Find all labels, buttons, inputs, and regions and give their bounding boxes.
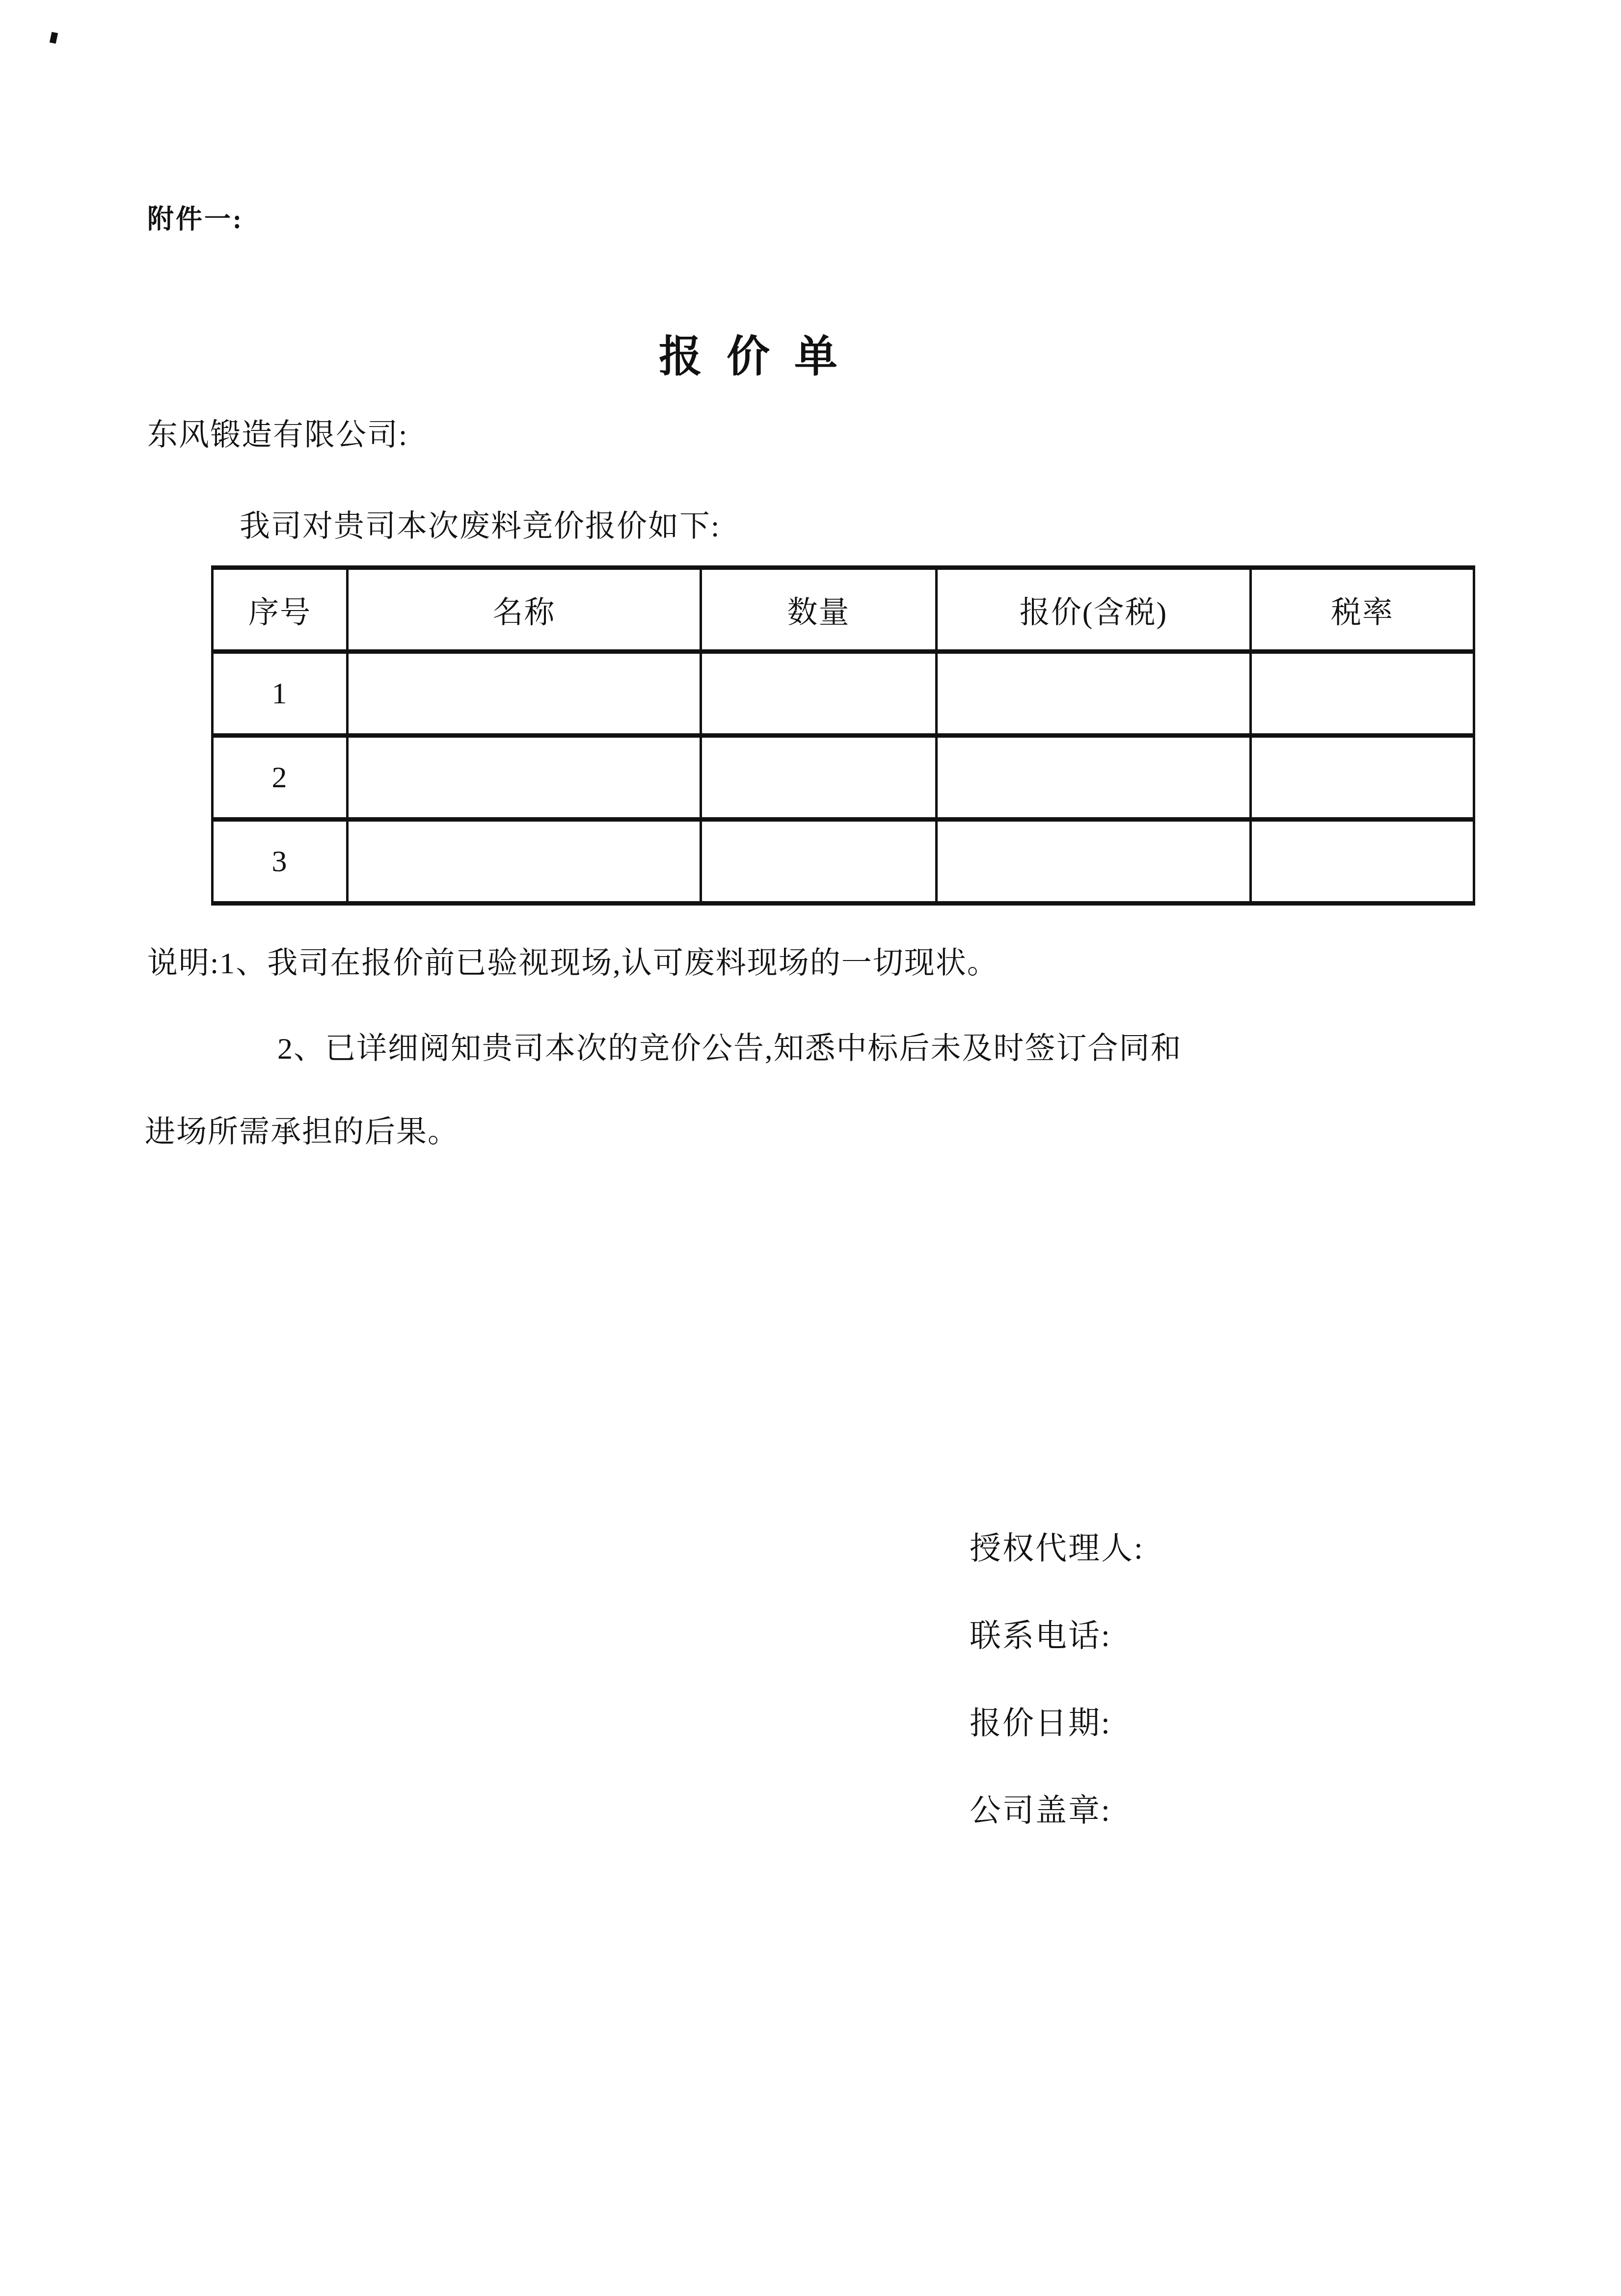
- header-cell-no: 序号: [213, 568, 348, 652]
- document-title: 报 价 单: [0, 322, 1503, 384]
- scan-artifact-speck: [50, 32, 58, 44]
- contact-phone-label: 联系电话:: [970, 1619, 1144, 1653]
- row-name-cell: [348, 652, 701, 736]
- table-header-row: 序号 名称 数量 报价(含税) 税率: [213, 568, 1474, 652]
- note-line-3: 进场所需承担的后果。: [145, 1107, 459, 1151]
- row-quantity-cell: [701, 652, 937, 736]
- quote-date-label: 报价日期:: [970, 1706, 1144, 1740]
- row-quantity-cell: [701, 736, 937, 820]
- authorized-agent-label: 授权代理人:: [970, 1531, 1144, 1566]
- row-quantity-cell: [701, 820, 937, 904]
- note-line-2: 2、已详细阅知贵司本次的竞价公告,知悉中标后未及时签订合同和: [277, 1024, 1182, 1068]
- row-tax-rate-cell: [1251, 652, 1474, 736]
- header-cell-tax-rate: 税率: [1251, 568, 1474, 652]
- row-price-cell: [937, 652, 1251, 736]
- intro-line: 我司对贵司本次废料竞价报价如下:: [240, 502, 720, 545]
- row-name-cell: [348, 736, 701, 820]
- attachment-label: 附件一:: [147, 198, 243, 236]
- header-cell-quantity: 数量: [701, 568, 937, 652]
- signature-block: 授权代理人: 联系电话: 报价日期: 公司盖章:: [970, 1531, 1144, 1828]
- table-row: 1: [213, 652, 1474, 736]
- table-row: 3: [213, 820, 1474, 904]
- row-price-cell: [937, 820, 1251, 904]
- table-row: 2: [213, 736, 1474, 820]
- company-seal-label: 公司盖章:: [970, 1793, 1144, 1828]
- row-tax-rate-cell: [1251, 820, 1474, 904]
- row-tax-rate-cell: [1251, 736, 1474, 820]
- scanned-quotation-page: 附件一: 报 价 单 东风锻造有限公司: 我司对贵司本次废料竞价报价如下: 序号…: [0, 0, 1621, 2296]
- quotation-table: 序号 名称 数量 报价(含税) 税率 1 2: [211, 565, 1475, 906]
- row-no-cell: 1: [213, 652, 348, 736]
- row-no-cell: 2: [213, 736, 348, 820]
- header-cell-price: 报价(含税): [937, 568, 1251, 652]
- note-line-1: 说明:1、我司在报价前已验视现场,认可废料现场的一切现状。: [147, 938, 999, 982]
- row-price-cell: [937, 736, 1251, 820]
- row-name-cell: [348, 820, 701, 904]
- header-cell-name: 名称: [348, 568, 701, 652]
- recipient-line: 东风锻造有限公司:: [147, 410, 408, 454]
- row-no-cell: 3: [213, 820, 348, 904]
